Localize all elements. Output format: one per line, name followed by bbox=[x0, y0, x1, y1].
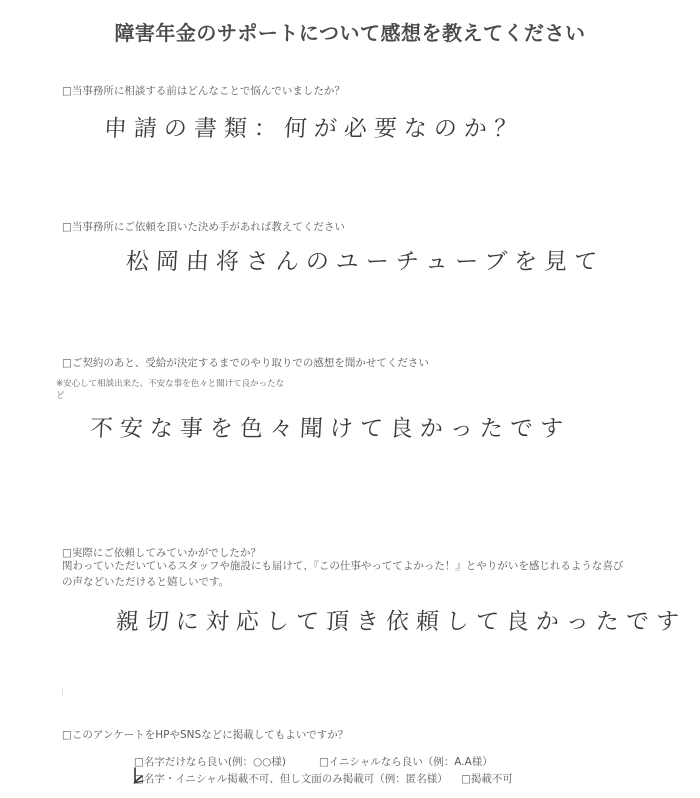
option-surname-only[interactable]: □名字だけなら良い(例：○○様) bbox=[134, 754, 286, 769]
overall-experience-hint: 関わっていただいているスタッフや施設にも届けて、『この仕事やっててよかった！』と… bbox=[62, 558, 662, 590]
example-note: ※安心して相談出来た、不安な事を色々と聞けて良かったな ど bbox=[56, 378, 296, 402]
survey-page: 障害年金のサポートについて感想を教えてください □当事務所に相談する前はどんなこ… bbox=[0, 0, 700, 798]
option-text-only-label: □名字・イニシャル掲載不可、但し文面のみ掲載可（例：匿名様） bbox=[134, 773, 448, 785]
answer-overall-experience: 親切に対応して頂き依頼して良かったです bbox=[115, 603, 687, 636]
answer-process-impression: 不安な事を色々聞けて良かったです bbox=[89, 410, 571, 443]
option-initials-only[interactable]: □イニシャルなら良い（例：A.A様） bbox=[319, 754, 493, 769]
answer-deciding-factor: 松岡由将さんのユーチューブを見て bbox=[125, 243, 605, 276]
answer-prior-worries: 申請の書類：何が必要なのか？ bbox=[103, 110, 525, 143]
option-no-publish[interactable]: □掲載不可 bbox=[461, 771, 513, 786]
question-deciding-factor: □当事務所にご依頼を頂いた決め手があれば教えてください bbox=[62, 219, 345, 234]
question-process-impression: □ご契約のあと、受給が決定するまでのやり取りでの感想を聞かせてください bbox=[62, 355, 429, 370]
question-prior-worries: □当事務所に相談する前はどんなことで悩んでいましたか？ bbox=[62, 83, 345, 98]
hint-line2: の声などいただけると嬉しいです。 bbox=[62, 574, 662, 590]
example-note-line2: ど bbox=[56, 390, 296, 402]
handwritten-check-icon bbox=[131, 766, 145, 786]
example-note-line1: ※安心して相談出来た、不安な事を色々と聞けて良かったな bbox=[56, 378, 296, 390]
scan-mark bbox=[62, 688, 63, 696]
hint-line1: 関わっていただいているスタッフや施設にも届けて、『この仕事やっててよかった！』と… bbox=[62, 558, 662, 574]
question-publish-consent: □このアンケートをHPやSNSなどに掲載してもよいですか？ bbox=[62, 727, 348, 742]
page-title: 障害年金のサポートについて感想を教えてください bbox=[0, 17, 700, 46]
option-text-only-anonymous[interactable]: □名字・イニシャル掲載不可、但し文面のみ掲載可（例：匿名様） bbox=[134, 771, 448, 786]
